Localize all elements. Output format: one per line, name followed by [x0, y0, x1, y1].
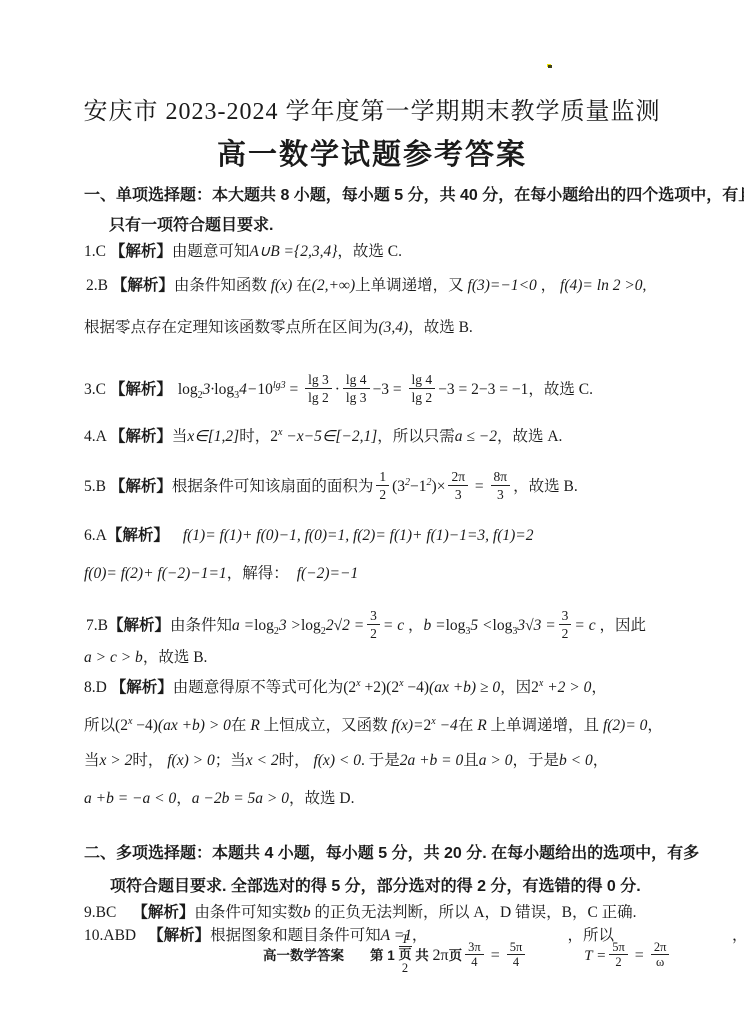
text-run: 一、单项选择题：本大题共 8 小题，每小题 5 分，共 40 分，在每小题给出的…	[84, 187, 744, 204]
spacer	[289, 577, 297, 578]
text-run: 由题意得原不等式可化为	[173, 679, 344, 696]
text-run: 上恒成立，又函数	[264, 717, 388, 734]
math-run: =	[286, 381, 303, 398]
text-run: 1.C	[84, 243, 110, 260]
document-page: 安庆市 2023-2024 学年度第一学期期末教学质量监测高一数学试题参考答案一…	[0, 0, 744, 1032]
math-power: 32	[397, 478, 410, 495]
math-run: f(1)= f(1)+ f(0)−1, f(0)=1, f(2)= f(1)+ …	[183, 527, 534, 544]
math-run: −	[410, 478, 419, 495]
fraction: lg 4lg 2	[409, 371, 436, 406]
fraction: 2π3	[448, 468, 468, 503]
answer-item-4: 4.A 【解析】当x∈[1,2]时，2x −x−5∈[−2,1]，所以只需a ≤…	[84, 421, 562, 449]
math-power: 2x	[391, 679, 403, 696]
math-run: a −2b = 5a > 0	[192, 790, 289, 807]
text-run: ，故选 B.	[408, 319, 473, 336]
math-log: log2	[301, 617, 326, 634]
text-run: 10.ABD	[84, 927, 136, 944]
answer-item-2-line2: 根据零点存在定理知该函数零点所在区间为(3,4)，故选 B.	[84, 316, 473, 340]
text-run: 时，	[279, 752, 310, 769]
text-run: 页	[449, 948, 463, 963]
text-run: 高一数学试题参考答案	[217, 139, 527, 171]
math-run: f(4)= ln 2 >0	[556, 277, 642, 294]
section1-heading-line1: 一、单项选择题：本大题共 8 小题，每小题 5 分，共 40 分，在每小题给出的…	[84, 182, 744, 210]
math-run: (2,+∞)	[312, 277, 355, 294]
math-run: =	[487, 947, 504, 964]
text-run: ，所以只需	[377, 428, 455, 445]
text-run: 由条件知函数	[174, 277, 267, 294]
answer-item-5: 5.B 【解析】根据条件可知该扇面的面积为12(32−12)×2π3 = 8π3…	[84, 459, 578, 511]
math-run: (ax +b) ≥ 0	[429, 679, 500, 696]
spacer	[136, 939, 148, 940]
answer-item-3: 3.C 【解析】log23·log34−10lg3 = lg 3lg 2·lg …	[84, 362, 593, 420]
answer-item-9: 9.BC【解析】由条件可知实数b 的正负无法判断，所以 A，D 错误，B，C 正…	[84, 901, 637, 925]
math-run: x∈[1,2]	[187, 428, 239, 445]
math-power: 2x	[424, 717, 436, 734]
text-run: 项符合题目要求. 全部选对的得 5 分，部分选对的得 2 分，有选错的得 0 分…	[110, 878, 641, 895]
spacer	[172, 393, 178, 394]
fraction: 5π4	[507, 940, 526, 969]
math-run: −4	[436, 717, 458, 734]
fraction: 2πω	[651, 940, 670, 969]
math-run: =	[471, 478, 488, 495]
bold-text-run: 【解析】	[110, 243, 172, 260]
text-run: ，故选 C.	[337, 243, 402, 260]
text-run: 的正负无法判断，所以 A，D 错误，B，C 正确.	[314, 904, 636, 921]
math-run: 2π	[433, 947, 449, 964]
text-run: 且	[463, 752, 479, 769]
bold-text-run: 【解析】	[110, 381, 172, 398]
math-run: = c	[574, 617, 599, 634]
math-run: f(x)=	[388, 717, 424, 734]
answer-item-1: 1.C 【解析】由题意可知A∪B ={2,3,4}，故选 C.	[84, 240, 402, 264]
text-run: ，	[591, 679, 607, 696]
math-power: 2x	[270, 428, 282, 445]
bold-text-run: 【解析】	[148, 927, 210, 944]
text-run: ，故选 B.	[513, 478, 578, 495]
text-run: 在	[296, 277, 312, 294]
math-run: f(x) < 0	[310, 752, 361, 769]
text-run: 所以	[84, 717, 115, 734]
math-log: log3	[446, 617, 471, 634]
page-footer-line: 高一数学答案第 1 T页2 共 2π页3π4 = 5π4T =5π2 = 2πω	[263, 932, 672, 980]
page-mark-dot	[548, 65, 552, 68]
math-run: a > 0	[479, 752, 513, 769]
math-run: 3√3 =	[517, 617, 555, 634]
math-run: f(x) > 0	[163, 752, 214, 769]
bold-text-run: 【解析】	[108, 617, 170, 634]
spacer	[169, 539, 183, 540]
math-power: 2x	[348, 679, 360, 696]
text-run: ，故选 B.	[143, 649, 208, 666]
spacer	[344, 959, 370, 960]
text-run: 在	[458, 717, 474, 734]
answer-item-8-line3: 当x > 2时， f(x) > 0；当x < 2时， f(x) < 0. 于是2…	[84, 749, 608, 773]
math-run: (ax +b) > 0	[158, 717, 231, 734]
section1-heading-line2: 只有一项符合题目要求.	[109, 212, 273, 240]
answer-item-8-line1: 8.D 【解析】由题意得原不等式可化为(2x +2)(2x −4)(ax +b)…	[84, 672, 607, 700]
math-run: = c	[383, 617, 408, 634]
exam-title: 安庆市 2023-2024 学年度第一学期期末教学质量监测	[0, 95, 744, 129]
math-run: f(2)= 0	[599, 717, 647, 734]
answer-item-6-line1: 6.A【解析】f(1)= f(1)+ f(0)−1, f(0)=1, f(2)=…	[84, 524, 534, 548]
math-run: b =	[424, 617, 446, 634]
text-run: 在	[231, 717, 247, 734]
math-power: 10lg3	[257, 381, 285, 398]
math-run: =	[631, 947, 648, 964]
bold-text-run: 【解析】	[111, 679, 173, 696]
answer-item-6-line2: f(0)= f(2)+ f(−2)−1=1，解得：f(−2)=−1	[84, 562, 358, 586]
text-run: . 于是	[361, 752, 400, 769]
math-log: log2	[178, 381, 203, 398]
text-run: ，故选 C.	[528, 381, 593, 398]
math-run: x < 2	[246, 752, 279, 769]
text-run: 8.D	[84, 679, 111, 696]
text-run: ，于是	[512, 752, 559, 769]
math-run: a =	[232, 617, 254, 634]
math-run: f(3)=−1<0	[464, 277, 541, 294]
text-run: 时，	[132, 752, 163, 769]
math-run: a > c > b	[84, 649, 143, 666]
math-run: f(x)	[267, 277, 296, 294]
text-run: 3.C	[84, 381, 110, 398]
math-run: (3,4)	[379, 319, 409, 336]
math-run: a ≤ −2	[455, 428, 497, 445]
math-run: −4)	[404, 679, 430, 696]
text-run: 7.B	[86, 617, 108, 634]
spacer	[528, 959, 584, 960]
text-run: ，	[732, 927, 744, 944]
spacer	[116, 916, 132, 917]
math-run: +2 > 0	[543, 679, 591, 696]
math-run: a +b = −a < 0	[84, 790, 176, 807]
text-run: 5.B	[84, 478, 110, 495]
text-run: ，	[647, 717, 663, 734]
math-run: −3 = 2−3 = −1	[438, 381, 528, 398]
text-run: 2.B	[86, 277, 112, 294]
bold-text-run: 高一数学答案	[263, 948, 344, 963]
fraction: 3π4	[465, 940, 484, 969]
text-run: 第 1	[370, 948, 399, 963]
bold-text-run: 【解析】	[132, 904, 194, 921]
text-run: 共	[412, 948, 433, 963]
text-run: 时，	[239, 428, 270, 445]
text-run: ，故选 A.	[497, 428, 562, 445]
text-run: 根据条件可知该扇面的面积为	[172, 478, 374, 495]
math-log: log3	[214, 381, 239, 398]
text-run: 安庆市 2023-2024 学年度第一学期期末教学质量监测	[84, 99, 661, 125]
fraction: lg 4lg 3	[343, 371, 370, 406]
fraction: 32	[367, 607, 380, 642]
text-run: ，	[541, 277, 557, 294]
answer-item-8-line2: 所以(2x −4)(ax +b) > 0在 R 上恒成立，又函数 f(x)=2x…	[84, 710, 663, 738]
bold-text-run: 【解析】	[112, 277, 174, 294]
text-run: 二、多项选择题：本题共 4 小题，每小题 5 分，共 20 分. 在每小题给出的…	[84, 845, 699, 862]
text-run: 由条件可知实数	[194, 904, 303, 921]
math-run: x > 2	[100, 752, 133, 769]
answer-item-7-line2: a > c > b，故选 B.	[84, 646, 207, 670]
math-run: −3 =	[373, 381, 406, 398]
math-run: 4−	[239, 381, 257, 398]
math-log: log3	[493, 617, 518, 634]
section2-heading-line1: 二、多项选择题：本题共 4 小题，每小题 5 分，共 20 分. 在每小题给出的…	[84, 840, 699, 868]
math-run: −4)	[132, 717, 158, 734]
math-power: 2x	[120, 717, 132, 734]
math-run: A∪B ={2,3,4}	[249, 243, 337, 260]
text-run: ，因	[500, 679, 531, 696]
math-run: b	[303, 904, 315, 921]
math-run: T =	[584, 948, 606, 964]
text-run: 9.BC	[84, 904, 116, 921]
text-run: ，	[408, 617, 424, 634]
math-log: log2	[254, 617, 279, 634]
text-run: ，解得：	[227, 565, 289, 582]
answer-item-2-line1: 2.B 【解析】由条件知函数 f(x) 在(2,+∞)上单调递增，又 f(3)=…	[86, 274, 646, 298]
text-run: 当	[172, 428, 188, 445]
answer-item-8-line4: a +b = −a < 0，a −2b = 5a > 0，故选 D.	[84, 787, 354, 811]
math-run: )×	[432, 478, 446, 495]
math-run: b < 0	[559, 752, 593, 769]
text-run: 只有一项符合题目要求.	[109, 217, 273, 234]
answer-key-title: 高一数学试题参考答案	[0, 135, 744, 175]
bold-text-run: 【解析】	[107, 527, 169, 544]
bold-text-run: 【解析】	[110, 478, 172, 495]
text-run: 由题意可知	[172, 243, 250, 260]
fraction: 12	[376, 468, 389, 503]
section2-heading-line2: 项符合题目要求. 全部选对的得 5 分，部分选对的得 2 分，有选错的得 0 分…	[110, 873, 641, 901]
math-run: f(−2)=−1	[297, 565, 359, 582]
math-run: 2√2 =	[326, 617, 364, 634]
bold-text-run: 【解析】	[110, 428, 172, 445]
math-run: R	[246, 717, 263, 734]
text-run: 上单调递增，又	[355, 277, 464, 294]
fraction: 5π2	[609, 940, 628, 969]
text-run: ，故选 D.	[289, 790, 354, 807]
math-power: 12	[419, 478, 432, 495]
math-run: R	[473, 717, 490, 734]
math-run: +2)(	[361, 679, 392, 696]
text-run: 当	[84, 752, 100, 769]
text-run: ，	[593, 752, 609, 769]
fraction: 32	[559, 607, 572, 642]
text-run: 根据零点存在定理知该函数零点所在区间为	[84, 319, 379, 336]
math-run: 3 >	[279, 617, 301, 634]
math-run: −x−5∈[−2,1]	[282, 428, 377, 445]
text-run: ；当	[215, 752, 246, 769]
math-run: ·	[335, 381, 340, 398]
fraction: 8π3	[491, 468, 511, 503]
text-run: 4.A	[84, 428, 110, 445]
text-run: ，因此	[600, 617, 647, 634]
text-run: 6.A	[84, 527, 107, 544]
math-power: 2x	[531, 679, 543, 696]
text-run: 上单调递增，且	[491, 717, 600, 734]
math-run: 2a +b = 0	[400, 752, 464, 769]
text-run: ,	[643, 277, 647, 294]
fraction: lg 3lg 2	[305, 371, 332, 406]
text-run: ，	[176, 790, 192, 807]
math-run: 3·	[203, 381, 215, 398]
math-run: f(0)= f(2)+ f(−2)−1=1	[84, 565, 227, 582]
math-run: 5 <	[470, 617, 492, 634]
fraction-over-footer: T页2	[399, 933, 412, 975]
text-run: 由条件知	[170, 617, 232, 634]
